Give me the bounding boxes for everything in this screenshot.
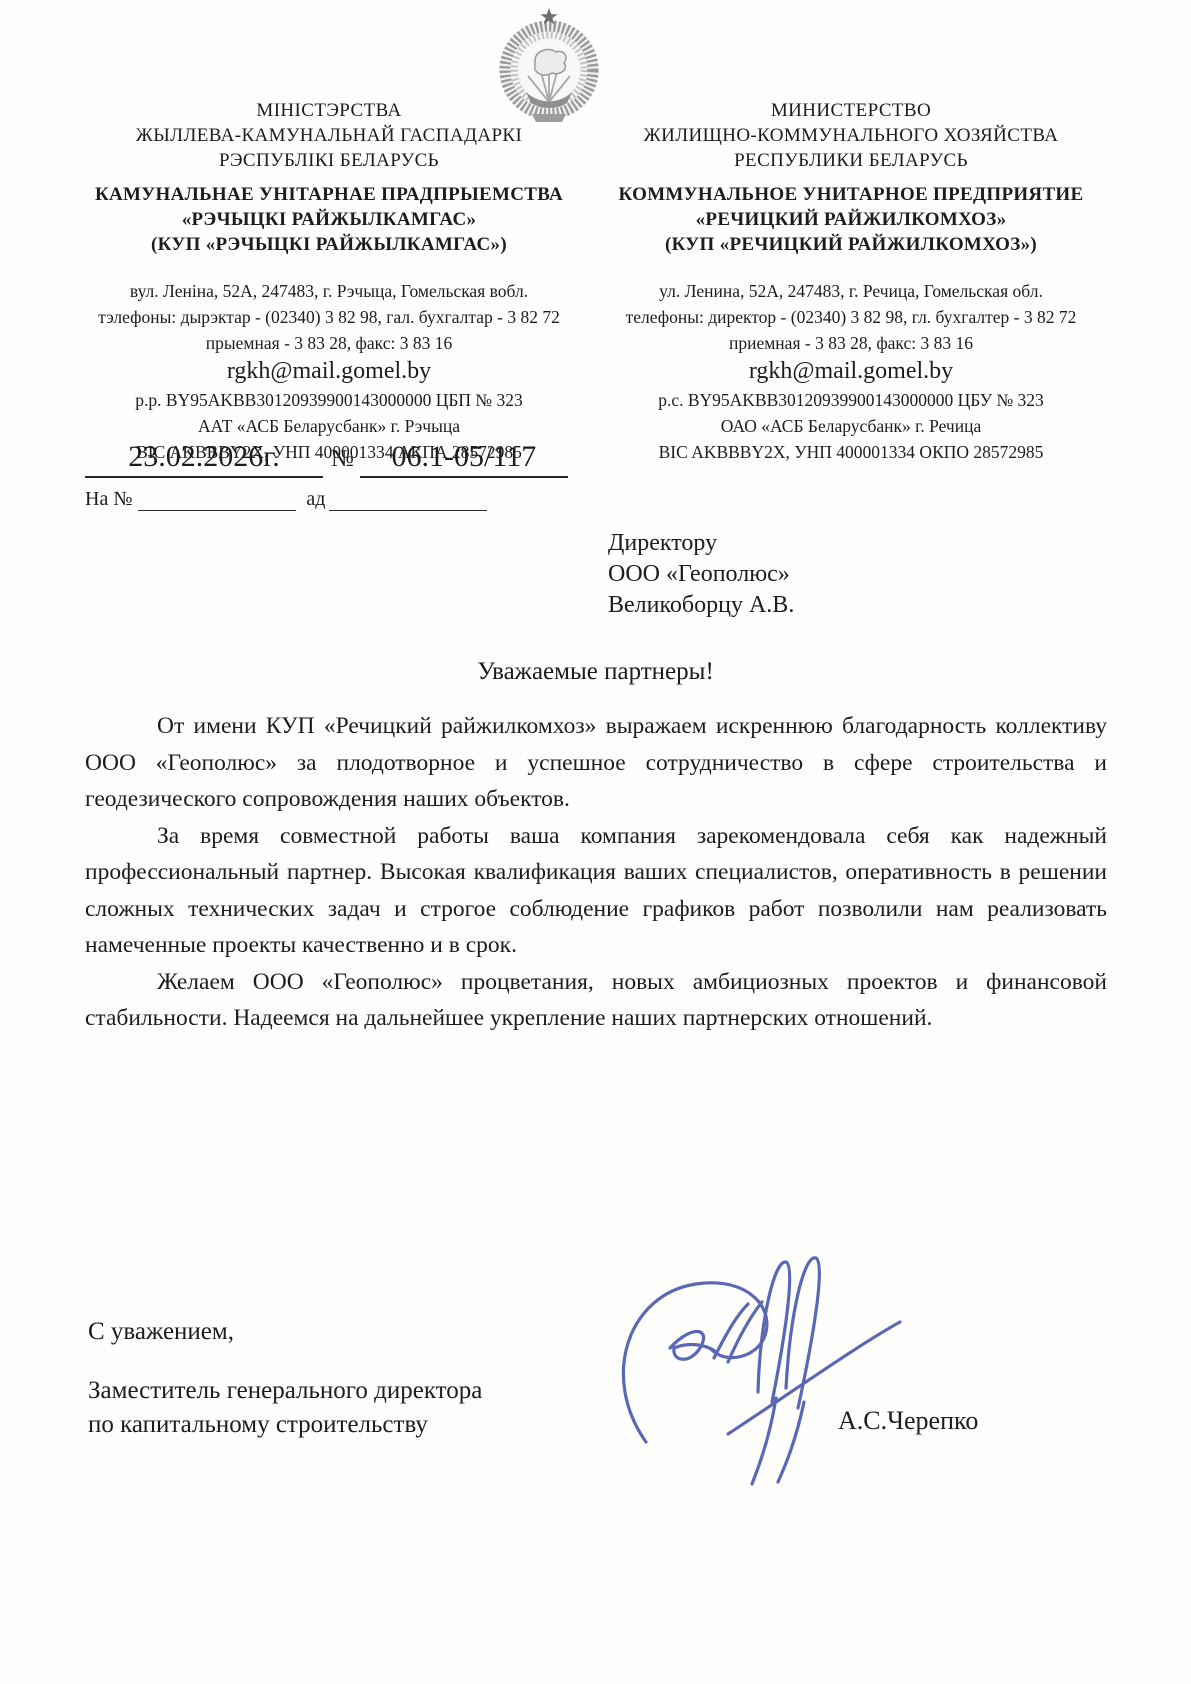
bank-name-line: ААТ «АСБ Беларусбанк» г. Рэчыца	[82, 413, 576, 439]
company-line: «РЭЧЫЦКІ РАЙЖЫЛКАМГАС»	[82, 207, 576, 232]
number-sign: №	[331, 446, 354, 472]
handwritten-signature	[608, 1200, 908, 1495]
company-name-by: КАМУНАЛЬНАЕ УНІТАРНАЕ ПРАДПРЫЕМСТВА «РЭЧ…	[82, 182, 576, 257]
reply-number-blank	[138, 492, 296, 511]
recipient-company: ООО «Геополюс»	[608, 559, 794, 590]
email-address: rgkh@mail.gomel.by	[592, 356, 1110, 387]
letterhead-left-belarusian: МІНІСТЭРСТВА ЖЫЛЛЕВА-КАМУНАЛЬНАЙ ГАСПАДА…	[82, 98, 576, 465]
signer-name: А.С.Черепко	[838, 1406, 978, 1436]
outgoing-number-field: 06.1-05/117	[360, 440, 568, 478]
bank-name-line: ОАО «АСБ Беларусбанк» г. Речица	[592, 413, 1110, 439]
ministry-line: МИНИСТЕРСТВО	[592, 98, 1110, 123]
bank-codes-line: BIC AKBBBY2X, УНП 400001334 ОКПО 2857298…	[592, 439, 1110, 465]
closing-phrase: С уважением,	[88, 1318, 234, 1346]
ministry-name-by: МІНІСТЭРСТВА ЖЫЛЛЕВА-КАМУНАЛЬНАЙ ГАСПАДА…	[82, 98, 576, 173]
phones-line: тэлефоны: дырэктар - (02340) 3 82 98, га…	[82, 304, 576, 330]
company-line: КАМУНАЛЬНАЕ УНІТАРНАЕ ПРАДПРЫЕМСТВА	[82, 182, 576, 207]
address-line: вул. Леніна, 52А, 247483, г. Рэчыца, Гом…	[82, 278, 576, 304]
ministry-line: ЖЫЛЛЕВА-КАМУНАЛЬНАЙ ГАСПАДАРКІ	[82, 123, 576, 148]
ministry-line: РЕСПУБЛИКИ БЕЛАРУСЬ	[592, 148, 1110, 173]
position-line: по капитальному строительству	[88, 1408, 482, 1442]
outgoing-date: 23.02.2026г.	[128, 440, 279, 473]
reply-reference-line: На №ад	[85, 488, 487, 511]
signer-position: Заместитель генерального директора по ка…	[88, 1374, 482, 1442]
ministry-name-ru: МИНИСТЕРСТВО ЖИЛИЩНО-КОММУНАЛЬНОГО ХОЗЯЙ…	[592, 98, 1110, 173]
phones-line: приемная - 3 83 28, факс: 3 83 16	[592, 330, 1110, 356]
company-line: (КУП «РЭЧЫЦКІ РАЙЖЫЛКАМГАС»)	[82, 232, 576, 257]
company-line: «РЕЧИЦКИЙ РАЙЖИЛКОМХОЗ»	[592, 207, 1110, 232]
ministry-line: МІНІСТЭРСТВА	[82, 98, 576, 123]
recipient-person: Великоборцу А.В.	[608, 590, 794, 621]
na-no-label: На №	[85, 488, 132, 510]
letterhead-right-russian: МИНИСТЕРСТВО ЖИЛИЩНО-КОММУНАЛЬНОГО ХОЗЯЙ…	[592, 98, 1110, 465]
letter-page: МІНІСТЭРСТВА ЖЫЛЛЕВА-КАМУНАЛЬНАЙ ГАСПАДА…	[0, 0, 1191, 1684]
company-line: (КУП «РЕЧИЦКИЙ РАЙЖИЛКОМХОЗ»)	[592, 232, 1110, 257]
ad-label: ад	[306, 488, 325, 510]
body-paragraph: От имени КУП «Речицкий райжилкомхоз» выр…	[85, 708, 1107, 818]
recipient-block: Директору ООО «Геополюс» Великоборцу А.В…	[608, 528, 794, 621]
outgoing-date-field: 23.02.2026г.	[85, 440, 323, 478]
contacts-ru: ул. Ленина, 52А, 247483, г. Речица, Гоме…	[592, 278, 1110, 465]
bank-account-line: р.с. BY95AKBB30120939900143000000 ЦБУ № …	[592, 387, 1110, 413]
email-address: rgkh@mail.gomel.by	[82, 356, 576, 387]
ministry-line: РЭСПУБЛІКІ БЕЛАРУСЬ	[82, 148, 576, 173]
recipient-title: Директору	[608, 528, 794, 559]
bank-account-line: р.р. BY95AKBB30120939900143000000 ЦБП № …	[82, 387, 576, 413]
company-name-ru: КОММУНАЛЬНОЕ УНИТАРНОЕ ПРЕДПРИЯТИЕ «РЕЧИ…	[592, 182, 1110, 257]
reply-date-blank	[329, 492, 487, 511]
body-paragraph: За время совместной работы ваша компания…	[85, 818, 1107, 964]
reference-line: 23.02.2026г.№06.1-05/117	[85, 440, 568, 478]
position-line: Заместитель генерального директора	[88, 1374, 482, 1408]
phones-line: телефоны: директор - (02340) 3 82 98, гл…	[592, 304, 1110, 330]
salutation: Уважаемые партнеры!	[0, 658, 1191, 686]
body-paragraph: Желаем ООО «Геополюс» процветания, новых…	[85, 964, 1107, 1037]
letter-body: От имени КУП «Речицкий райжилкомхоз» выр…	[85, 708, 1107, 1037]
contacts-by: вул. Леніна, 52А, 247483, г. Рэчыца, Гом…	[82, 278, 576, 465]
phones-line: прыемная - 3 83 28, факс: 3 83 16	[82, 330, 576, 356]
outgoing-number: 06.1-05/117	[392, 440, 537, 473]
ministry-line: ЖИЛИЩНО-КОММУНАЛЬНОГО ХОЗЯЙСТВА	[592, 123, 1110, 148]
company-line: КОММУНАЛЬНОЕ УНИТАРНОЕ ПРЕДПРИЯТИЕ	[592, 182, 1110, 207]
address-line: ул. Ленина, 52А, 247483, г. Речица, Гоме…	[592, 278, 1110, 304]
